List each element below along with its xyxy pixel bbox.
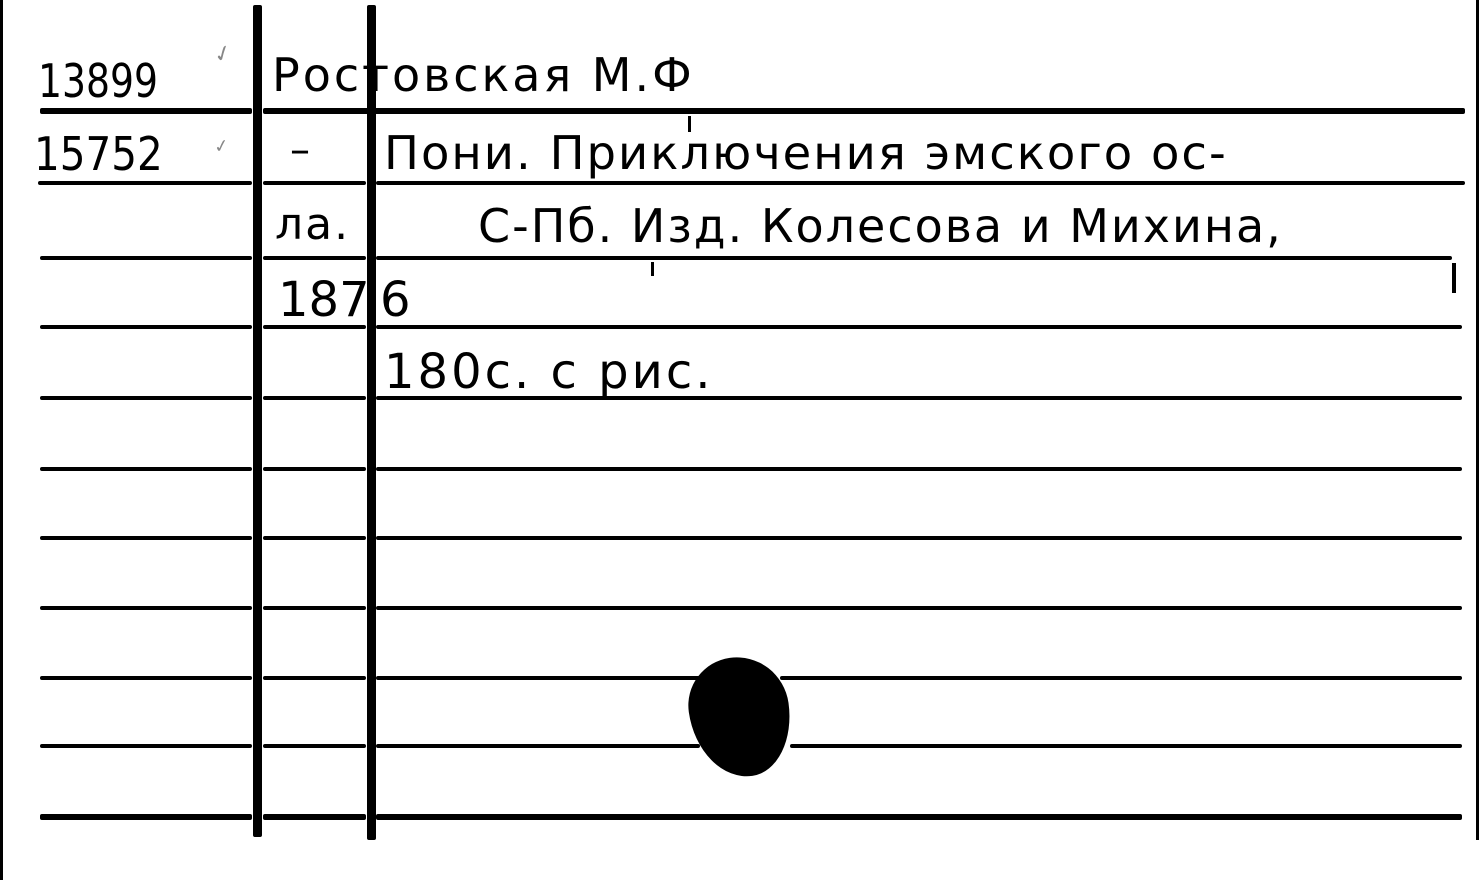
ruled-line	[376, 536, 1462, 540]
publication-imprint: С-Пб. Изд. Колесова и Михина,	[478, 203, 1283, 249]
pen-tick-mark	[651, 262, 654, 276]
card-right-edge	[1476, 0, 1479, 840]
publication-year-part-2: 6	[380, 276, 413, 324]
ruled-line	[40, 396, 252, 400]
ruled-line	[40, 814, 252, 820]
ruled-line	[40, 467, 252, 471]
ink-blot	[682, 651, 798, 784]
publication-year-part-1: 187	[278, 276, 370, 324]
book-title-continuation: ла.	[275, 203, 350, 247]
repeat-author-dash: –	[290, 130, 312, 170]
ruled-line	[263, 181, 366, 185]
inventory-number-1: 13899	[38, 58, 158, 104]
catalog-card: 13899 15752 ✓ ✓ Ростовская М.Ф – Пони. П…	[0, 0, 1480, 880]
ruled-line	[263, 744, 366, 748]
card-left-edge	[0, 0, 3, 880]
ruled-line	[40, 325, 252, 329]
ruled-line	[263, 536, 366, 540]
ruled-line	[263, 467, 366, 471]
ruled-line	[376, 325, 1462, 329]
ruled-line	[263, 256, 366, 260]
ruled-line	[376, 181, 1465, 185]
physical-description: 180с. с рис.	[384, 348, 713, 396]
ruled-line	[40, 606, 252, 610]
ruled-line	[38, 181, 252, 185]
ruled-line	[40, 744, 252, 748]
ruled-line	[263, 396, 366, 400]
author-heading: Ростовская М.Ф	[272, 52, 695, 98]
ruled-line	[376, 744, 700, 748]
ruled-line	[263, 606, 366, 610]
ruled-line	[780, 676, 1462, 680]
check-mark-icon: ✓	[210, 40, 236, 70]
ruled-line	[40, 676, 252, 680]
ruled-line	[40, 108, 252, 114]
ruled-line	[40, 256, 252, 260]
ruled-line	[376, 676, 705, 680]
pen-tick-mark	[1452, 263, 1456, 293]
book-title-line: Пони. Приключения эмского ос-	[384, 130, 1228, 176]
inventory-number-2: 15752	[34, 131, 163, 177]
check-mark-icon: ✓	[212, 135, 231, 158]
ruled-line	[263, 108, 1465, 114]
ruled-line	[376, 467, 1462, 471]
pen-tick-mark	[688, 116, 691, 132]
ruled-line	[376, 256, 1452, 260]
column-divider-indent	[367, 5, 376, 840]
ruled-line	[263, 814, 366, 820]
ruled-line	[40, 536, 252, 540]
ruled-line	[263, 676, 366, 680]
ruled-line	[376, 814, 1462, 820]
ruled-line	[376, 606, 1462, 610]
column-divider-inventory	[253, 5, 262, 837]
ruled-line	[790, 744, 1462, 748]
